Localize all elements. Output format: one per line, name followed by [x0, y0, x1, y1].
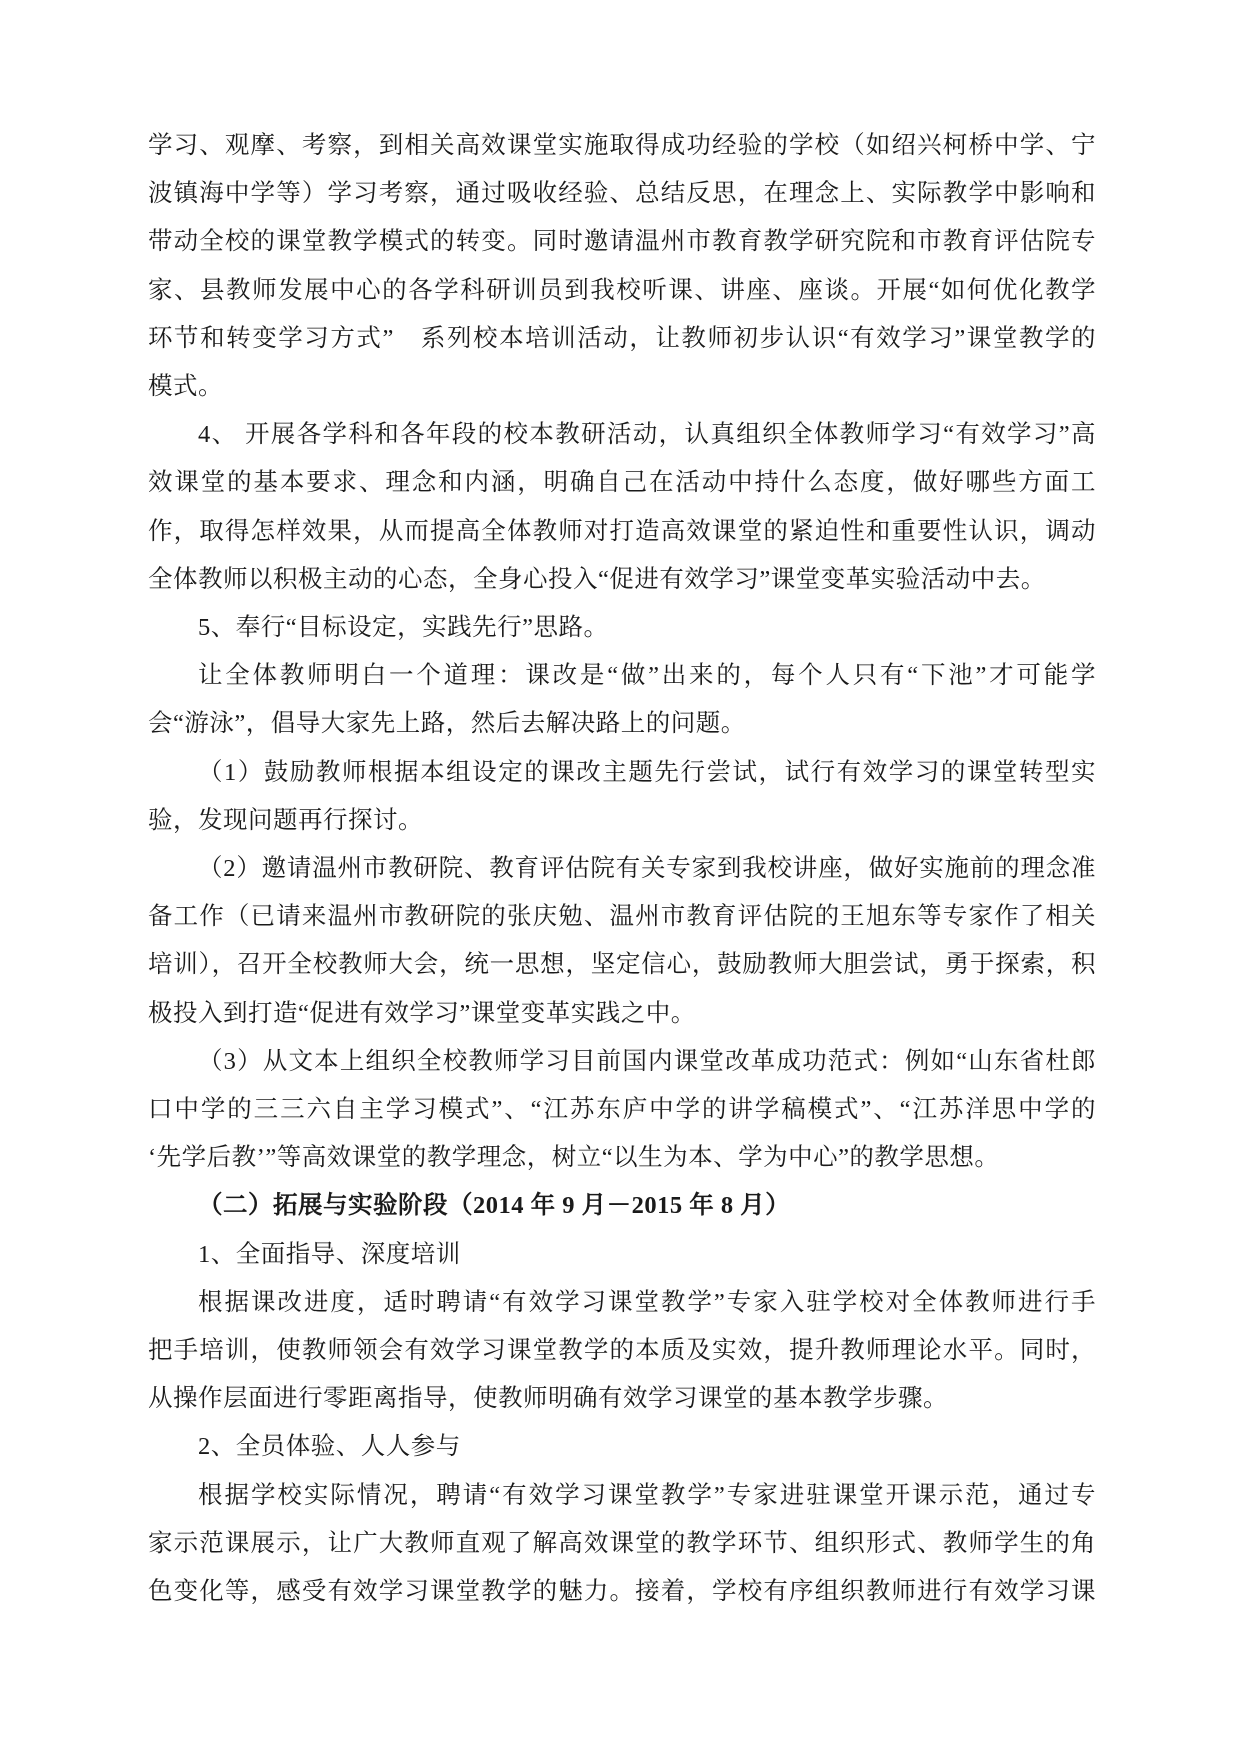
- text-line: 根据课改进度，适时聘请“有效学习课堂教学”专家入驻学校对全体教师进行手: [148, 1279, 1096, 1327]
- text-line: 从操作层面进行零距离指导，使教师明确有效学习课堂的基本教学步骤。: [148, 1375, 1096, 1423]
- text-line: 模式。: [148, 363, 1096, 411]
- text-line: 作，取得怎样效果，从而提高全体教师对打造高效课堂的紧迫性和重要性认识，调动: [148, 508, 1096, 556]
- text-line: （2）邀请温州市教研院、教育评估院有关专家到我校讲座，做好实施前的理念准: [148, 845, 1096, 893]
- document-text-block: 学习、观摩、考察，到相关高效课堂实施取得成功经验的学校（如绍兴柯桥中学、宁波镇海…: [148, 122, 1096, 1616]
- text-line: 根据学校实际情况，聘请“有效学习课堂教学”专家进驻课堂开课示范，通过专: [148, 1472, 1096, 1520]
- text-line: 极投入到打造“促进有效学习”课堂变革实践之中。: [148, 990, 1096, 1038]
- text-line: ‘先学后教’”等高效课堂的教学理念，树立“以生为本、学为中心”的教学思想。: [148, 1134, 1096, 1182]
- text-line: 家、县教师发展中心的各学科研训员到我校听课、讲座、座谈。开展“如何优化教学: [148, 267, 1096, 315]
- text-line: 色变化等，感受有效学习课堂教学的魅力。接着，学校有序组织教师进行有效学习课: [148, 1568, 1096, 1616]
- text-line: 培训），召开全校教师大会，统一思想，坚定信心，鼓励教师大胆尝试，勇于探索，积: [148, 941, 1096, 989]
- text-line: 带动全校的课堂教学模式的转变。同时邀请温州市教育教学研究院和市教育评估院专: [148, 218, 1096, 266]
- text-line: 家示范课展示，让广大教师直观了解高效课堂的教学环节、组织形式、教师学生的角: [148, 1520, 1096, 1568]
- text-line: （3）从文本上组织全校教师学习目前国内课堂改革成功范式：例如“山东省杜郎: [148, 1038, 1096, 1086]
- text-line: 1、全面指导、深度培训: [148, 1231, 1096, 1279]
- text-line: 5、奉行“目标设定，实践先行”思路。: [148, 604, 1096, 652]
- text-line: 把手培训，使教师领会有效学习课堂教学的本质及实效，提升教师理论水平。同时，: [148, 1327, 1096, 1375]
- text-line: 波镇海中学等）学习考察，通过吸收经验、总结反思，在理念上、实际教学中影响和: [148, 170, 1096, 218]
- text-line: 验，发现问题再行探讨。: [148, 797, 1096, 845]
- text-line: 全体教师以积极主动的心态，全身心投入“促进有效学习”课堂变革实验活动中去。: [148, 556, 1096, 604]
- text-line: 效课堂的基本要求、理念和内涵，明确自己在活动中持什么态度，做好哪些方面工: [148, 459, 1096, 507]
- text-line: 备工作（已请来温州市教研院的张庆勉、温州市教育评估院的王旭东等专家作了相关: [148, 893, 1096, 941]
- text-line: 让全体教师明白一个道理：课改是“做”出来的，每个人只有“下池”才可能学: [148, 652, 1096, 700]
- text-line: 口中学的三三六自主学习模式”、“江苏东庐中学的讲学稿模式”、“江苏洋思中学的: [148, 1086, 1096, 1134]
- text-line: 学习、观摩、考察，到相关高效课堂实施取得成功经验的学校（如绍兴柯桥中学、宁: [148, 122, 1096, 170]
- text-line: 4、 开展各学科和各年段的校本教研活动，认真组织全体教师学习“有效学习”高: [148, 411, 1096, 459]
- document-page: 学习、观摩、考察，到相关高效课堂实施取得成功经验的学校（如绍兴柯桥中学、宁波镇海…: [0, 0, 1240, 1753]
- text-line: （二）拓展与实验阶段（2014 年 9 月－2015 年 8 月）: [148, 1182, 1096, 1230]
- text-line: 环节和转变学习方式” 系列校本培训活动，让教师初步认识“有效学习”课堂教学的: [148, 315, 1096, 363]
- text-line: 会“游泳”，倡导大家先上路，然后去解决路上的问题。: [148, 700, 1096, 748]
- text-line: 2、全员体验、人人参与: [148, 1423, 1096, 1471]
- text-line: （1）鼓励教师根据本组设定的课改主题先行尝试，试行有效学习的课堂转型实: [148, 749, 1096, 797]
